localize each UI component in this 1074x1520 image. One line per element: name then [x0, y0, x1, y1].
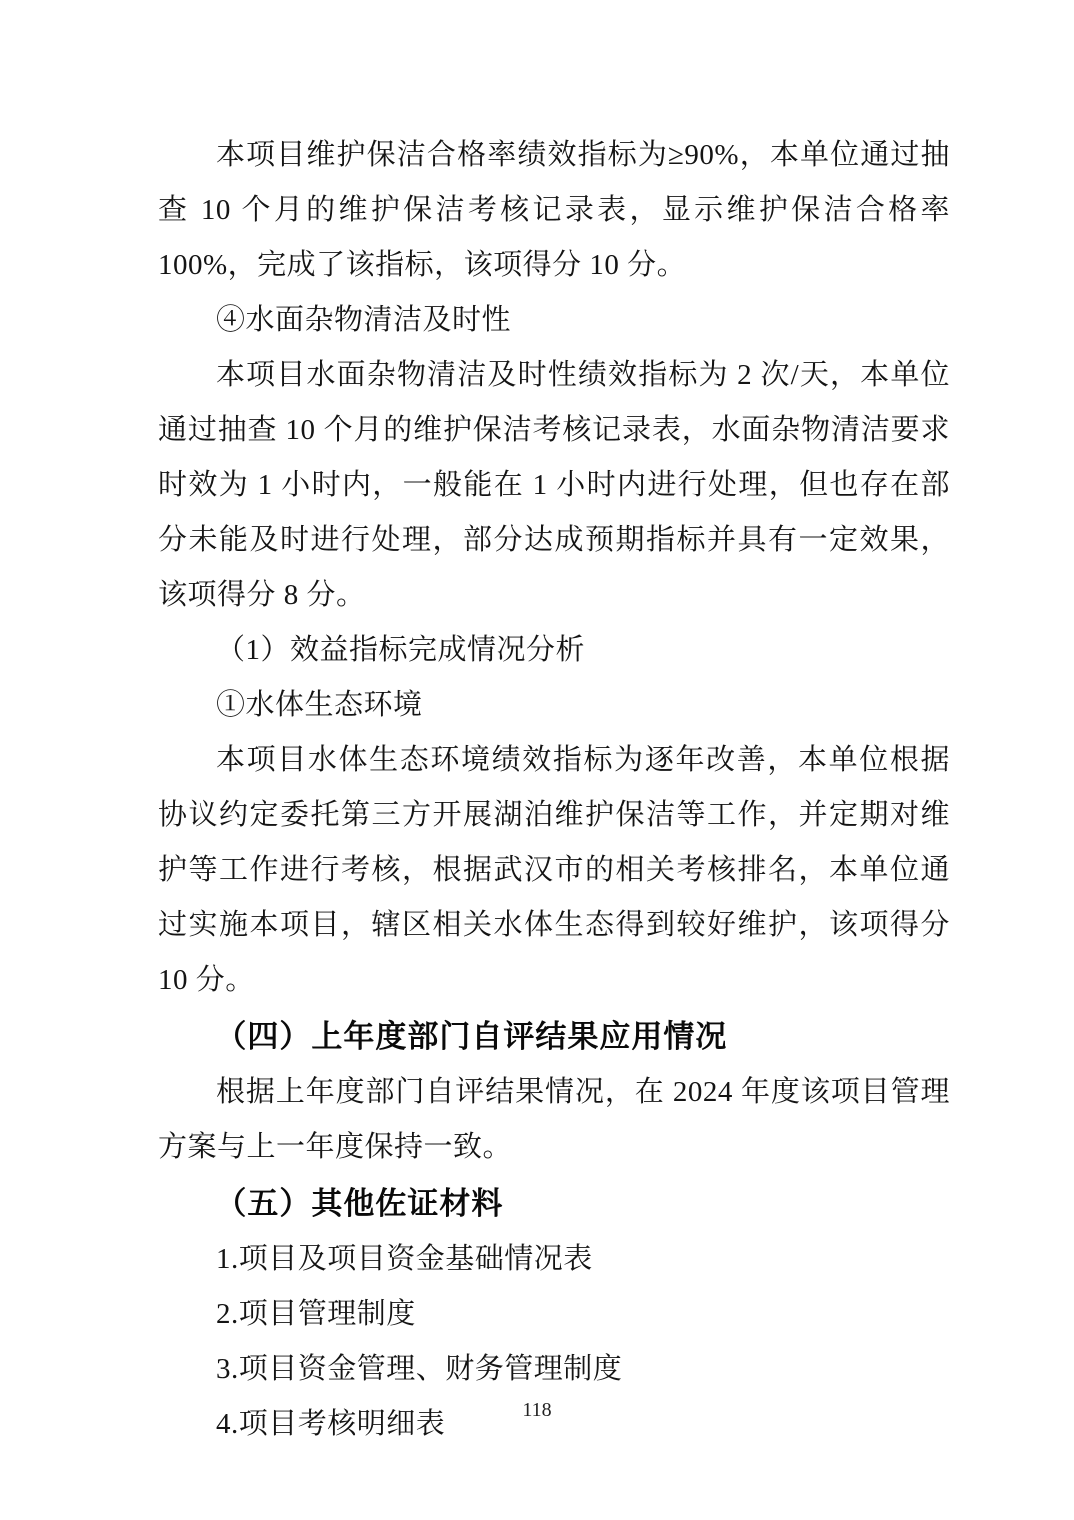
body-paragraph: 本项目水体生态环境绩效指标为逐年改善，本单位根据协议约定委托第三方开展湖泊维护保… [158, 733, 950, 1008]
sub-item-heading-4: ④水面杂物清洁及时性 [158, 293, 950, 348]
attachment-list-item: 3.项目资金管理、财务管理制度 [158, 1342, 950, 1397]
sub-section-heading-1: （1）效益指标完成情况分析 [158, 623, 950, 678]
page-body: 本项目维护保洁合格率绩效指标为≥90%，本单位通过抽查 10 个月的维护保洁考核… [158, 128, 950, 1452]
attachment-list-item: 1.项目及项目资金基础情况表 [158, 1232, 950, 1287]
attachment-list-item: 2.项目管理制度 [158, 1287, 950, 1342]
body-paragraph: 本项目水面杂物清洁及时性绩效指标为 2 次/天，本单位通过抽查 10 个月的维护… [158, 348, 950, 623]
page-number: 118 [0, 1396, 1074, 1424]
body-paragraph: 本项目维护保洁合格率绩效指标为≥90%，本单位通过抽查 10 个月的维护保洁考核… [158, 128, 950, 293]
document-page: 本项目维护保洁合格率绩效指标为≥90%，本单位通过抽查 10 个月的维护保洁考核… [0, 0, 1074, 1520]
body-paragraph: 根据上年度部门自评结果情况，在 2024 年度该项目管理方案与上一年度保持一致。 [158, 1065, 950, 1175]
sub-item-heading-1: ①水体生态环境 [158, 678, 950, 733]
section-heading-four: （四）上年度部门自评结果应用情况 [158, 1008, 950, 1065]
section-heading-five: （五）其他佐证材料 [158, 1175, 950, 1232]
